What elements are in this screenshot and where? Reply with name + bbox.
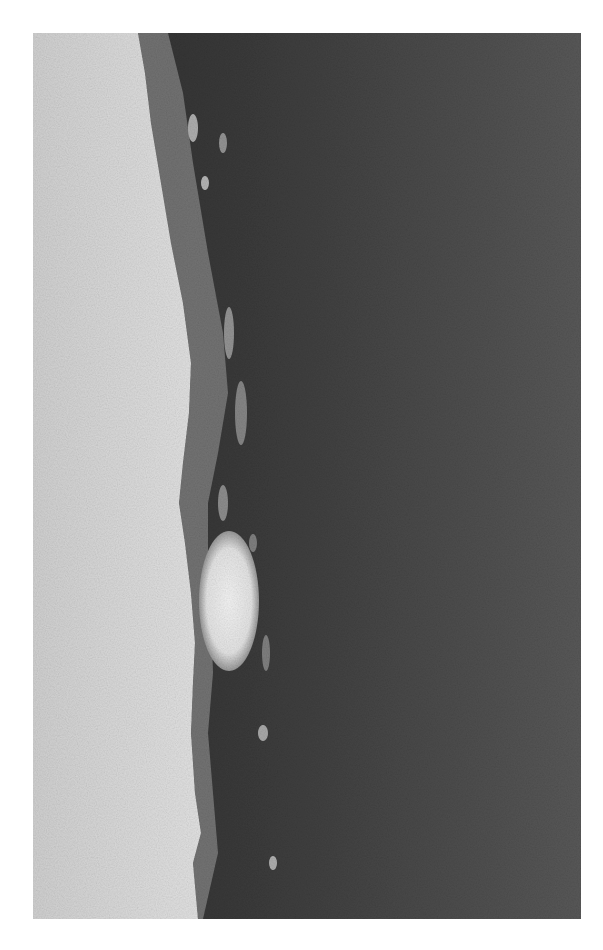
micrograph-drawing — [33, 33, 581, 919]
micrograph-image — [33, 33, 581, 919]
